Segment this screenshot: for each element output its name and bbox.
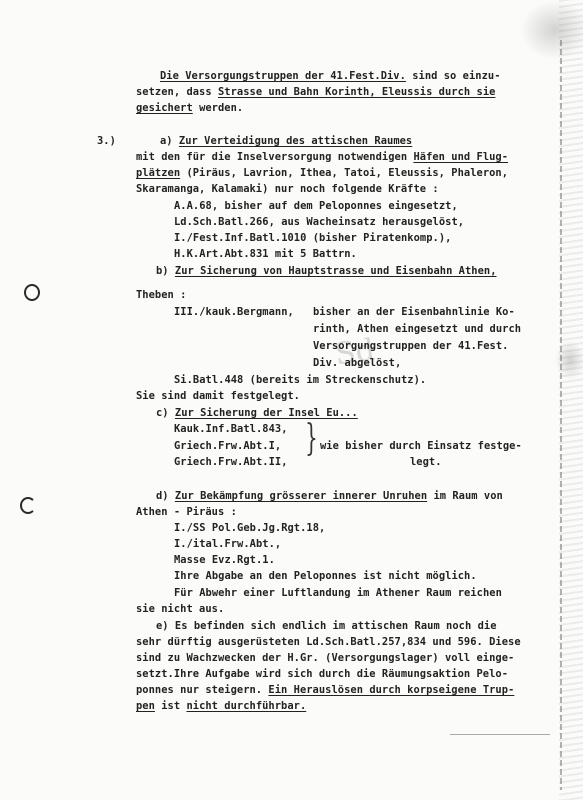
section-d-unit: Masse Evz.Rgt.1. [174, 554, 275, 567]
section-a-heading: a) Zur Verteidigung des attischen Raumes [160, 135, 412, 148]
section-d-line-2: Athen - Piräus : [136, 506, 237, 519]
section-a-unit: A.A.68, bisher auf dem Peloponnes einges… [174, 200, 458, 213]
ink-smudge [520, 0, 583, 60]
section-c-unit: Griech.Frw.Abt.II, [174, 456, 288, 469]
brace-symbol: } [305, 421, 318, 457]
section-b-unit-1-desc: Versorgungstruppen der 41.Fest. [313, 340, 508, 353]
punch-hole-icon [20, 497, 36, 514]
document-page: Sd Die Versorgungstruppen der 41.Fest.Di… [0, 0, 583, 800]
punch-hole-icon [24, 284, 40, 301]
section-number: 3.) [97, 135, 116, 148]
intro-line-3: gesichert werden. [136, 102, 243, 115]
section-e-line-4: setzt.Ihre Aufgabe wird sich durch die R… [136, 668, 508, 681]
section-c-note-1: wie bisher durch Einsatz festge- [320, 440, 522, 453]
scanned-edge-texture [559, 0, 583, 800]
section-e-line-1: e) Es befinden sich endlich im attischen… [156, 620, 497, 633]
section-c-unit: Griech.Frw.Abt.I, [174, 440, 281, 453]
section-b-unit-2: Si.Batl.448 (bereits im Streckenschutz). [174, 374, 426, 387]
section-e-line-6: pen ist nicht durchführbar. [136, 700, 306, 713]
section-a-line-2: mit den für die Inselversorgung notwendi… [136, 151, 508, 164]
section-b-closing: Sie sind damit festgelegt. [136, 390, 300, 403]
section-e-line-5: ponnes nur steigern. Ein Herauslösen dur… [136, 684, 514, 697]
section-e-line-3: sind zu Wachzwecken der H.Gr. (Versorgun… [136, 652, 514, 665]
section-b-unit-1-desc: rinth, Athen eingesetzt und durch [313, 323, 521, 336]
intro-line-1: Die Versorgungstruppen der 41.Fest.Div. … [160, 70, 501, 83]
section-d-para-2: Für Abwehr einer Luftlandung im Athener … [174, 587, 502, 600]
section-d-para-1: Ihre Abgabe an den Peloponnes ist nicht … [174, 570, 477, 583]
section-a-unit: I./Fest.Inf.Batl.1010 (bisher Piratenkom… [174, 232, 451, 245]
section-d-heading: d) Zur Bekämpfung grösserer innerer Unru… [156, 490, 503, 503]
intro-line-2: setzen, dass Strasse und Bahn Korinth, E… [136, 86, 495, 99]
section-b-unit-1-desc: Div. abgelöst, [313, 357, 401, 370]
section-a-line-3: plätzen (Piräus, Lavrion, Ithea, Tatoi, … [136, 167, 508, 180]
section-a-unit: Ld.Sch.Batl.266, aus Wacheinsatz herausg… [174, 216, 464, 229]
bottom-rule [450, 734, 550, 735]
section-e-line-2: sehr dürftig ausgerüsteten Ld.Sch.Batl.2… [136, 636, 521, 649]
section-c-heading: c) Zur Sicherung der Insel Eu... [156, 407, 358, 420]
section-b-unit-1-desc: bisher an der Eisenbahnlinie Ko- [313, 306, 515, 319]
section-b-line-2: Theben : [136, 289, 186, 302]
page-fold-line [560, 40, 562, 790]
ink-smudge [555, 340, 583, 380]
section-a-line-4: Skaramanga, Kalamaki) nur noch folgende … [136, 183, 439, 196]
section-d-unit: I./SS Pol.Geb.Jg.Rgt.18, [174, 522, 325, 535]
section-b-heading: b) Zur Sicherung von Hauptstrasse und Ei… [156, 265, 497, 278]
section-c-note-2: legt. [410, 456, 442, 469]
section-d-para-2: sie nicht aus. [136, 603, 224, 616]
section-b-unit-1-name: III./kauk.Bergmann, [174, 306, 294, 319]
section-d-unit: I./ital.Frw.Abt., [174, 538, 281, 551]
section-a-unit: H.K.Art.Abt.831 mit 5 Battrn. [174, 248, 357, 261]
section-c-unit: Kauk.Inf.Batl.843, [174, 423, 288, 436]
